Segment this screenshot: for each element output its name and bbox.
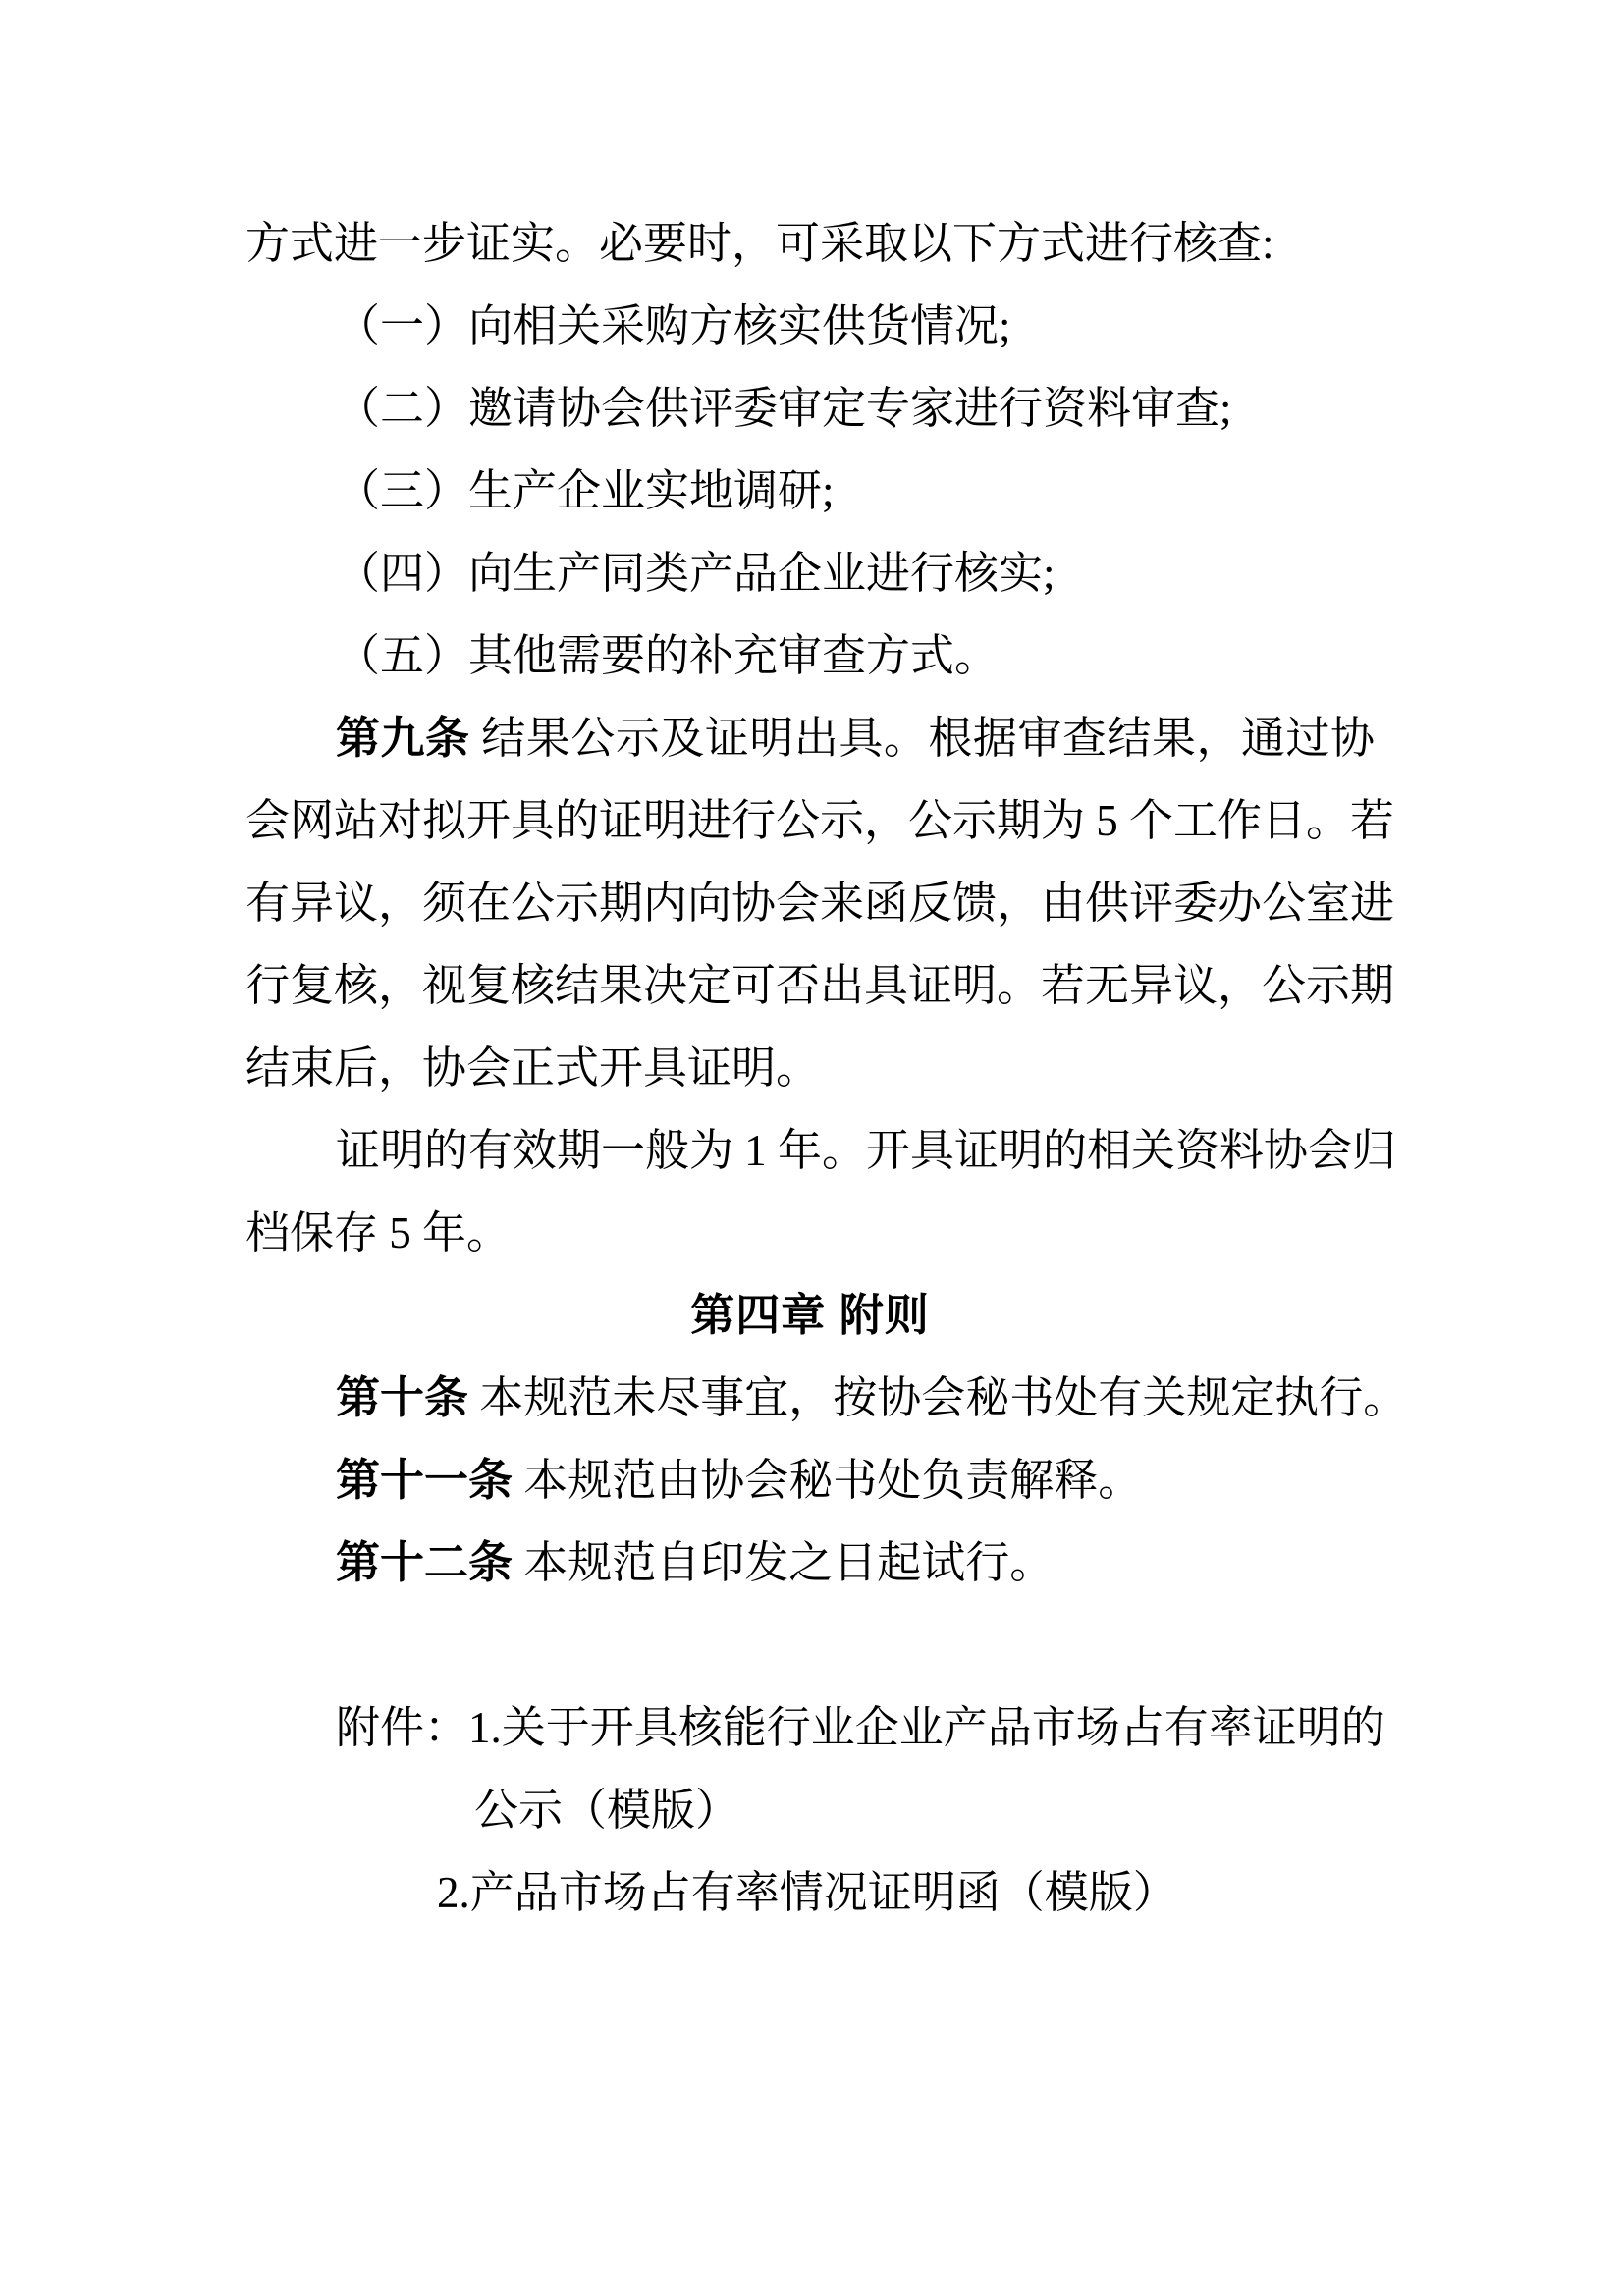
attachments-line-1: 附件：1.关于开具核能行业企业产品市场占有率证明的 [245,1686,1375,1769]
validity-line-2: 档保存 5 年。 [245,1192,1375,1274]
attachments-line-3: 2.产品市场占有率情况证明函（模版） [245,1851,1375,1934]
line-text: 结束后，协会正式开具证明。 [245,1043,820,1093]
article-9-line-4: 行复核，视复核结果决定可否出具证明。若无异议，公示期 [245,944,1375,1027]
line-text: （五）其他需要的补充审查方式。 [336,631,999,680]
line-text: 本规范自印发之日起试行。 [513,1538,1054,1587]
article-number: 第十一条 [336,1456,513,1505]
line-text: 档保存 5 年。 [245,1208,511,1257]
blank-line [245,1604,1375,1686]
list-item-1: （一）向相关采购方核实供货情况; [245,285,1375,367]
attachments-line-2: 公示（模版） [245,1769,1375,1851]
list-item-3: （三）生产企业实地调研; [245,450,1375,532]
article-10-line: 第十条 本规范未尽事宜，按协会秘书处有关规定执行。 [245,1357,1375,1439]
line-text: 方式进一步证实。必要时，可采取以下方式进行核查: [245,219,1274,268]
article-11-line: 第十一条 本规范由协会秘书处负责解释。 [245,1439,1375,1522]
article-9-line-3: 有异议，须在公示期内向协会来函反馈，由供评委办公室进 [245,862,1375,944]
article-9-line-5: 结束后，协会正式开具证明。 [245,1027,1375,1109]
article-number: 第十二条 [336,1538,513,1587]
article-9-line-2: 会网站对拟开具的证明进行公示，公示期为 5 个工作日。若 [245,779,1375,862]
article-12-line: 第十二条 本规范自印发之日起试行。 [245,1522,1375,1604]
document-page: 方式进一步证实。必要时，可采取以下方式进行核查: （一）向相关采购方核实供货情况… [0,0,1624,2296]
line-text: （一）向相关采购方核实供货情况; [336,301,1011,350]
article-number: 第十条 [336,1373,468,1422]
line-text: 证明的有效期一般为 1 年。开具证明的相关资料协会归 [336,1126,1396,1175]
heading-text: 第四章 附则 [690,1290,930,1340]
list-item-2: （二）邀请协会供评委审定专家进行资料审查; [245,367,1375,450]
line-text: （三）生产企业实地调研; [336,466,835,515]
document-content: 方式进一步证实。必要时，可采取以下方式进行核查: （一）向相关采购方核实供货情况… [245,202,1375,1934]
article-number: 第九条 [336,714,470,763]
paragraph-tail-line: 方式进一步证实。必要时，可采取以下方式进行核查: [245,202,1375,285]
line-text: 本规范由协会秘书处负责解释。 [513,1456,1142,1505]
line-text: （二）邀请协会供评委审定专家进行资料审查; [336,384,1232,433]
article-9-line-1: 第九条 结果公示及证明出具。根据审查结果，通过协 [245,697,1375,779]
chapter-4-heading: 第四章 附则 [245,1274,1375,1357]
list-item-4: （四）向生产同类产品企业进行核实; [245,532,1375,614]
line-text: 2.产品市场占有率情况证明函（模版） [437,1868,1177,1917]
line-text: 结果公示及证明出具。根据审查结果，通过协 [470,714,1375,763]
line-text: 附件：1.关于开具核能行业企业产品市场占有率证明的 [336,1703,1385,1752]
line-text: （四）向生产同类产品企业进行核实; [336,549,1056,598]
line-text: 本规范未尽事宜，按协会秘书处有关规定执行。 [468,1373,1407,1422]
line-text: 有异议，须在公示期内向协会来函反馈，由供评委办公室进 [245,879,1394,928]
validity-line-1: 证明的有效期一般为 1 年。开具证明的相关资料协会归 [245,1109,1375,1192]
line-text: 行复核，视复核结果决定可否出具证明。若无异议，公示期 [245,961,1394,1010]
list-item-5: （五）其他需要的补充审查方式。 [245,614,1375,697]
line-text: 会网站对拟开具的证明进行公示，公示期为 5 个工作日。若 [245,796,1394,845]
line-text: 公示（模版） [474,1786,739,1835]
